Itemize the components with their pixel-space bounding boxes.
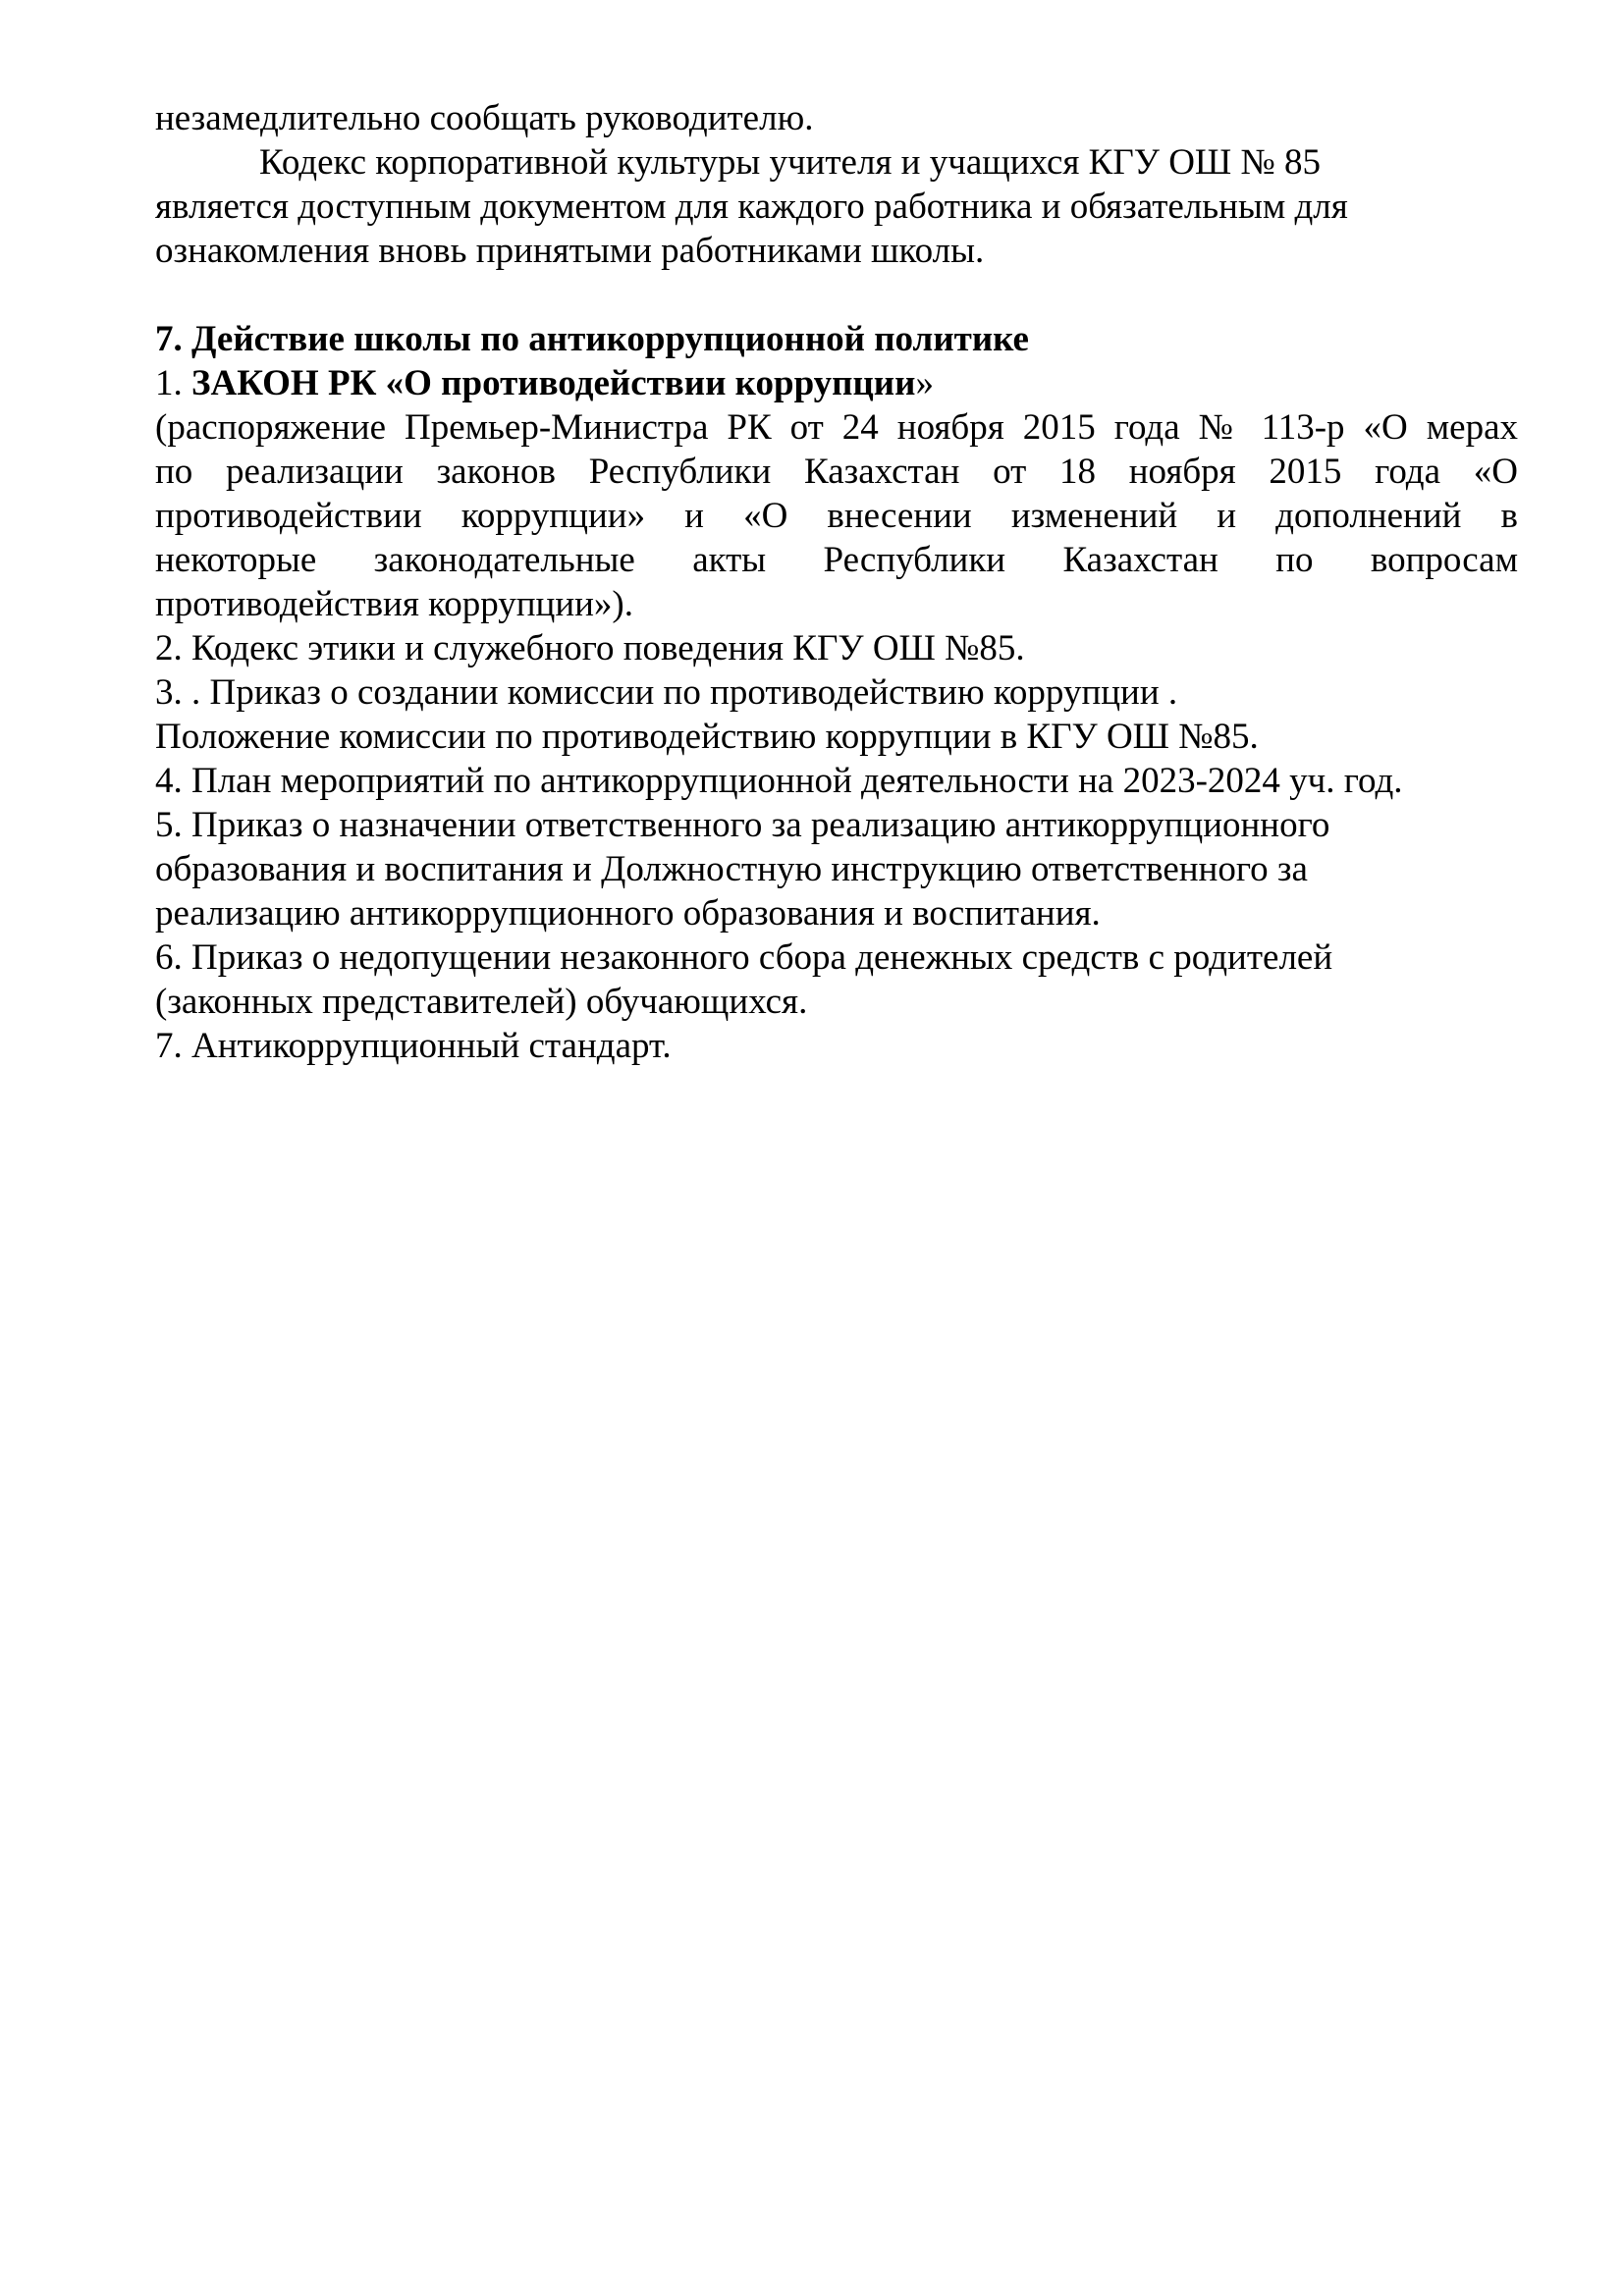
list-item-number: 1. xyxy=(155,363,191,403)
law-note-line: (распоряжение Премьер-Министра РК от 24 … xyxy=(155,405,1518,450)
list-item-fundraising-order: 6. Приказ о недопущении незаконного сбор… xyxy=(155,935,1518,980)
corporate-code-paragraph-line: является доступным документом для каждог… xyxy=(155,185,1518,229)
corporate-code-paragraph-line: ознакомления вновь принятыми работниками… xyxy=(155,229,1518,273)
list-item-responsible-order: образования и воспитания и Должностную и… xyxy=(155,847,1518,891)
list-item-commission-regulation: Положение комиссии по противодействию ко… xyxy=(155,715,1518,759)
section-heading: 7. Действие школы по антикоррупционной п… xyxy=(155,317,1518,361)
list-item-responsible-order: 5. Приказ о назначении ответственного за… xyxy=(155,803,1518,847)
law-note-line: противодействия коррупции»). xyxy=(155,582,1518,626)
list-item-anticorruption-standard: 7. Антикоррупционный стандарт. xyxy=(155,1024,1518,1068)
document-page: незамедлительно сообщать руководителю. К… xyxy=(155,96,1518,1068)
list-item-action-plan: 4. План мероприятий по антикоррупционной… xyxy=(155,759,1518,803)
law-note-line: по реализации законов Республики Казахст… xyxy=(155,450,1518,494)
corporate-code-paragraph-line: Кодекс корпоративной культуры учителя и … xyxy=(155,140,1518,185)
list-item-law: 1. ЗАКОН РК «О противодействии коррупции… xyxy=(155,361,1518,405)
law-note-line: некоторые законодательные акты Республик… xyxy=(155,538,1518,582)
law-note-line: противодействии коррупции» и «О внесении… xyxy=(155,494,1518,538)
intro-line: незамедлительно сообщать руководителю. xyxy=(155,96,1518,140)
law-title: ЗАКОН РК «О противодействии коррупции xyxy=(191,363,915,403)
list-item-fundraising-order: (законных представителей) обучающихся. xyxy=(155,980,1518,1024)
paragraph-spacer xyxy=(155,273,1518,317)
list-item-commission-order: 3. . Приказ о создании комиссии по проти… xyxy=(155,670,1518,715)
list-item-responsible-order: реализацию антикоррупционного образовани… xyxy=(155,891,1518,935)
list-item-ethics-code: 2. Кодекс этики и служебного поведения К… xyxy=(155,626,1518,670)
law-title-quote: » xyxy=(915,363,934,403)
